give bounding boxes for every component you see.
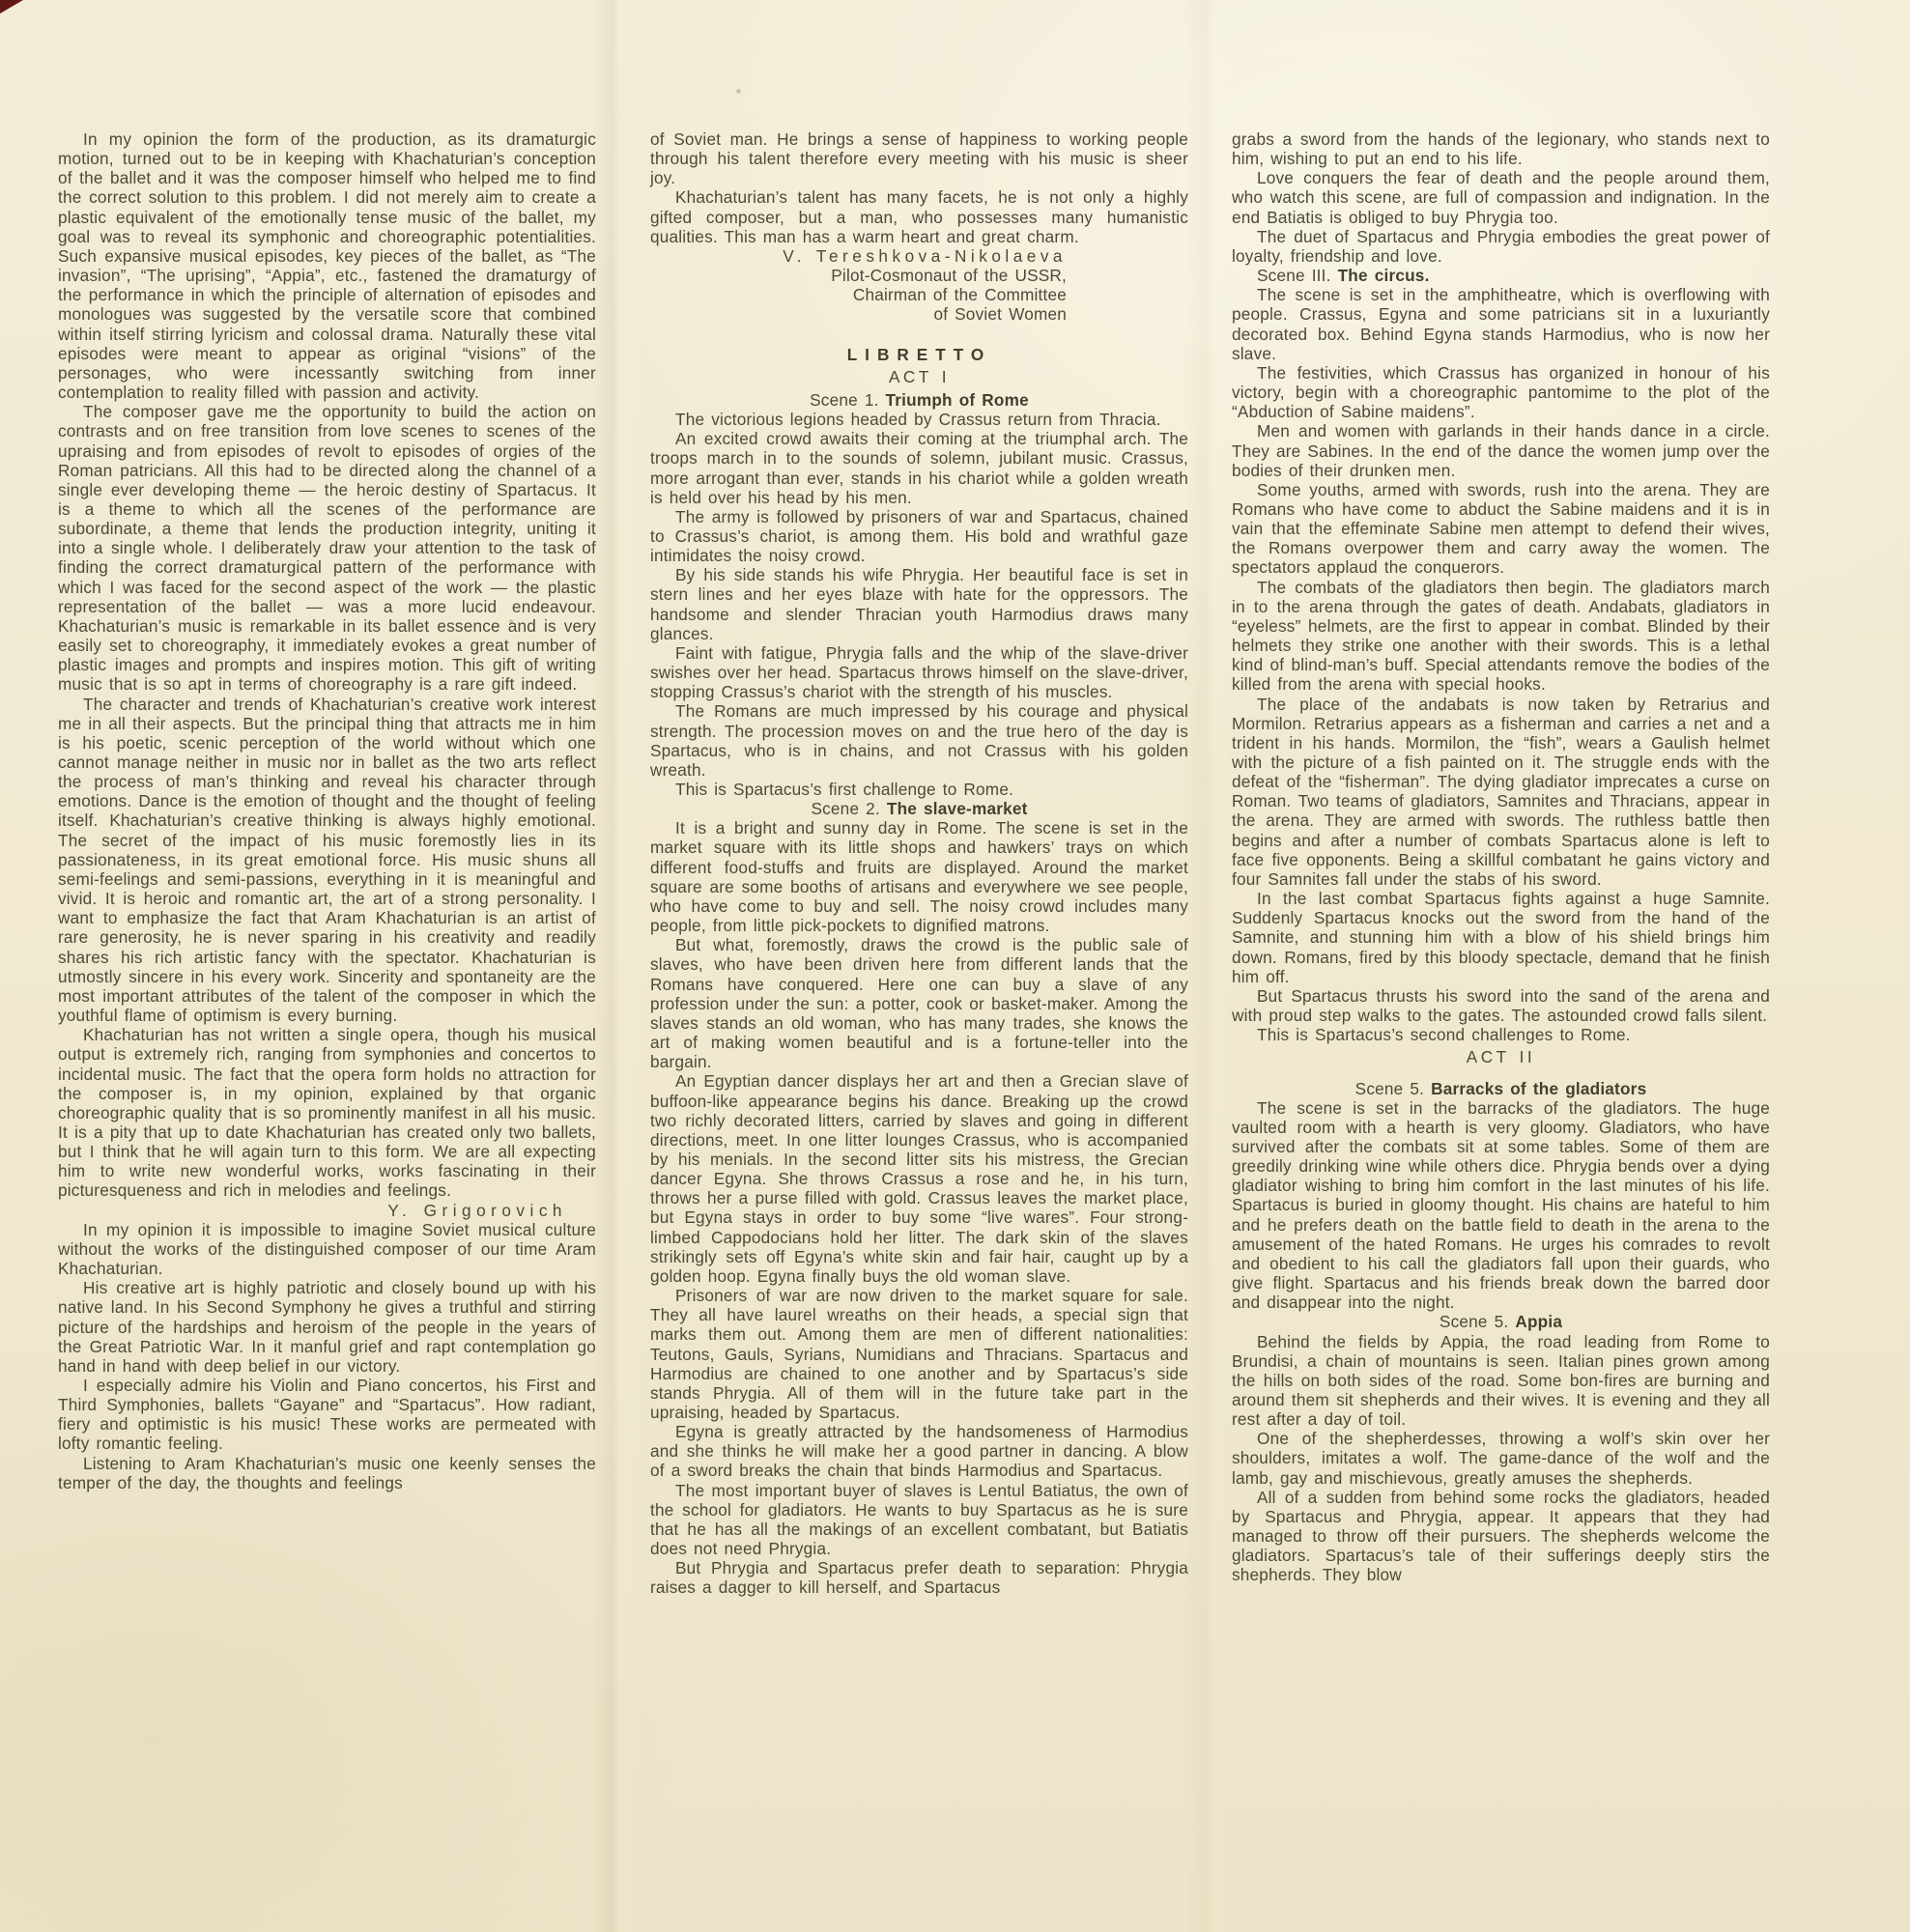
paragraph: In my opinion it is impossible to imagin… [58, 1220, 596, 1278]
signature-tereshkova-block: V. Tereshkova-NikolaevaPilot-Cosmonaut o… [650, 246, 1188, 325]
scene-label: Scene 2. [811, 799, 886, 818]
paragraph: The place of the andabats is now taken b… [1232, 695, 1770, 890]
signature-title-line: Chairman of the Committee [650, 285, 1067, 304]
paragraph: The character and trends of Khachaturian… [58, 695, 596, 1026]
scene-heading: Scene 5. Appia [1232, 1312, 1770, 1331]
scene-title: Appia [1515, 1312, 1562, 1331]
paragraph: An excited crowd awaits their coming at … [650, 429, 1188, 507]
scene-title: Barracks of the gladiators [1431, 1079, 1646, 1098]
paragraph: The most important buyer of slaves is Le… [650, 1481, 1188, 1559]
text-column-2: of Soviet man. He brings a sense of happ… [650, 129, 1188, 1598]
paragraph: This is Spartacus’s first challenge to R… [650, 780, 1188, 799]
scene-label: Scene 5. [1355, 1079, 1431, 1098]
scene-heading: Scene III. The circus. [1232, 266, 1770, 285]
paragraph: His creative art is highly patriotic and… [58, 1278, 596, 1376]
scene-label: Scene III. [1257, 266, 1338, 285]
text-column-3: grabs a sword from the hands of the legi… [1232, 129, 1770, 1585]
scene-title: The circus. [1338, 266, 1430, 285]
signature-title-line: Pilot-Cosmonaut of the USSR, [650, 266, 1067, 285]
paragraph: Faint with fatigue, Phrygia falls and th… [650, 643, 1188, 701]
libretto-heading: LIBRETTO [650, 345, 1188, 364]
signature-grigorovich: Y. Grigorovich [58, 1201, 596, 1220]
paragraph: Khachaturian’s talent has many facets, h… [650, 187, 1188, 245]
paragraph: The scene is set in the barracks of the … [1232, 1098, 1770, 1313]
scene-heading: Scene 1. Triumph of Rome [650, 390, 1188, 410]
paper-speck [736, 89, 741, 94]
paragraph: An Egyptian dancer displays her art and … [650, 1071, 1188, 1286]
paragraph: Khachaturian has not written a single op… [58, 1025, 596, 1200]
scene-heading: Scene 5. Barracks of the gladiators [1232, 1079, 1770, 1098]
paragraph: The duet of Spartacus and Phrygia embodi… [1232, 227, 1770, 266]
act-heading: ACT II [1232, 1047, 1770, 1066]
paragraph: Prisoners of war are now driven to the m… [650, 1286, 1188, 1422]
paragraph: All of a sudden from behind some rocks t… [1232, 1488, 1770, 1585]
paragraph: The Romans are much impressed by his cou… [650, 701, 1188, 780]
paragraph: of Soviet man. He brings a sense of happ… [650, 129, 1188, 187]
paragraph: Egyna is greatly attracted by the handso… [650, 1422, 1188, 1480]
page-fold-shadow [591, 0, 641, 1932]
paragraph: But Spartacus thrusts his sword into the… [1232, 986, 1770, 1025]
paragraph: In my opinion the form of the production… [58, 129, 596, 402]
paragraph: This is Spartacus’s second challenges to… [1232, 1025, 1770, 1044]
paragraph: Listening to Aram Khachaturian’s music o… [58, 1454, 596, 1492]
paragraph: Men and women with garlands in their han… [1232, 421, 1770, 479]
paragraph: Some youths, armed with swords, rush int… [1232, 480, 1770, 578]
corner-ink-mark [0, 0, 23, 14]
scene-label: Scene 1. [810, 390, 885, 410]
paragraph: But Phrygia and Spartacus prefer death t… [650, 1558, 1188, 1597]
paragraph: One of the shepherdesses, throwing a wol… [1232, 1429, 1770, 1487]
scene-title: Triumph of Rome [886, 390, 1029, 410]
scanned-program-page: In my opinion the form of the production… [0, 0, 1910, 1932]
paragraph: Behind the fields by Appia, the road lea… [1232, 1332, 1770, 1430]
paragraph: By his side stands his wife Phrygia. Her… [650, 565, 1188, 643]
paragraph: But what, foremostly, draws the crowd is… [650, 935, 1188, 1071]
signature-name: V. Tereshkova-Nikolaeva [650, 246, 1067, 266]
scene-label: Scene 5. [1440, 1312, 1515, 1331]
paragraph: The army is followed by prisoners of war… [650, 507, 1188, 565]
paragraph: The festivities, which Crassus has organ… [1232, 363, 1770, 421]
paragraph: Love conquers the fear of death and the … [1232, 168, 1770, 226]
paragraph: The victorious legions headed by Crassus… [650, 410, 1188, 429]
page-fold-shadow [1184, 0, 1235, 1932]
paragraph: I especially admire his Violin and Piano… [58, 1376, 596, 1454]
paragraph: The composer gave me the opportunity to … [58, 402, 596, 694]
act-heading: ACT I [650, 367, 1188, 386]
paragraph: grabs a sword from the hands of the legi… [1232, 129, 1770, 168]
paragraph: In the last combat Spartacus fights agai… [1232, 889, 1770, 986]
paragraph: The combats of the gladiators then begin… [1232, 578, 1770, 695]
text-column-1: In my opinion the form of the production… [58, 129, 596, 1492]
scene-heading: Scene 2. The slave-market [650, 799, 1188, 818]
paragraph: It is a bright and sunny day in Rome. Th… [650, 818, 1188, 935]
vertical-gap [1232, 1071, 1770, 1079]
vertical-gap [650, 325, 1188, 345]
signature-title-line: of Soviet Women [650, 304, 1067, 324]
paragraph: The scene is set in the amphitheatre, wh… [1232, 285, 1770, 363]
scene-title: The slave-market [887, 799, 1028, 818]
